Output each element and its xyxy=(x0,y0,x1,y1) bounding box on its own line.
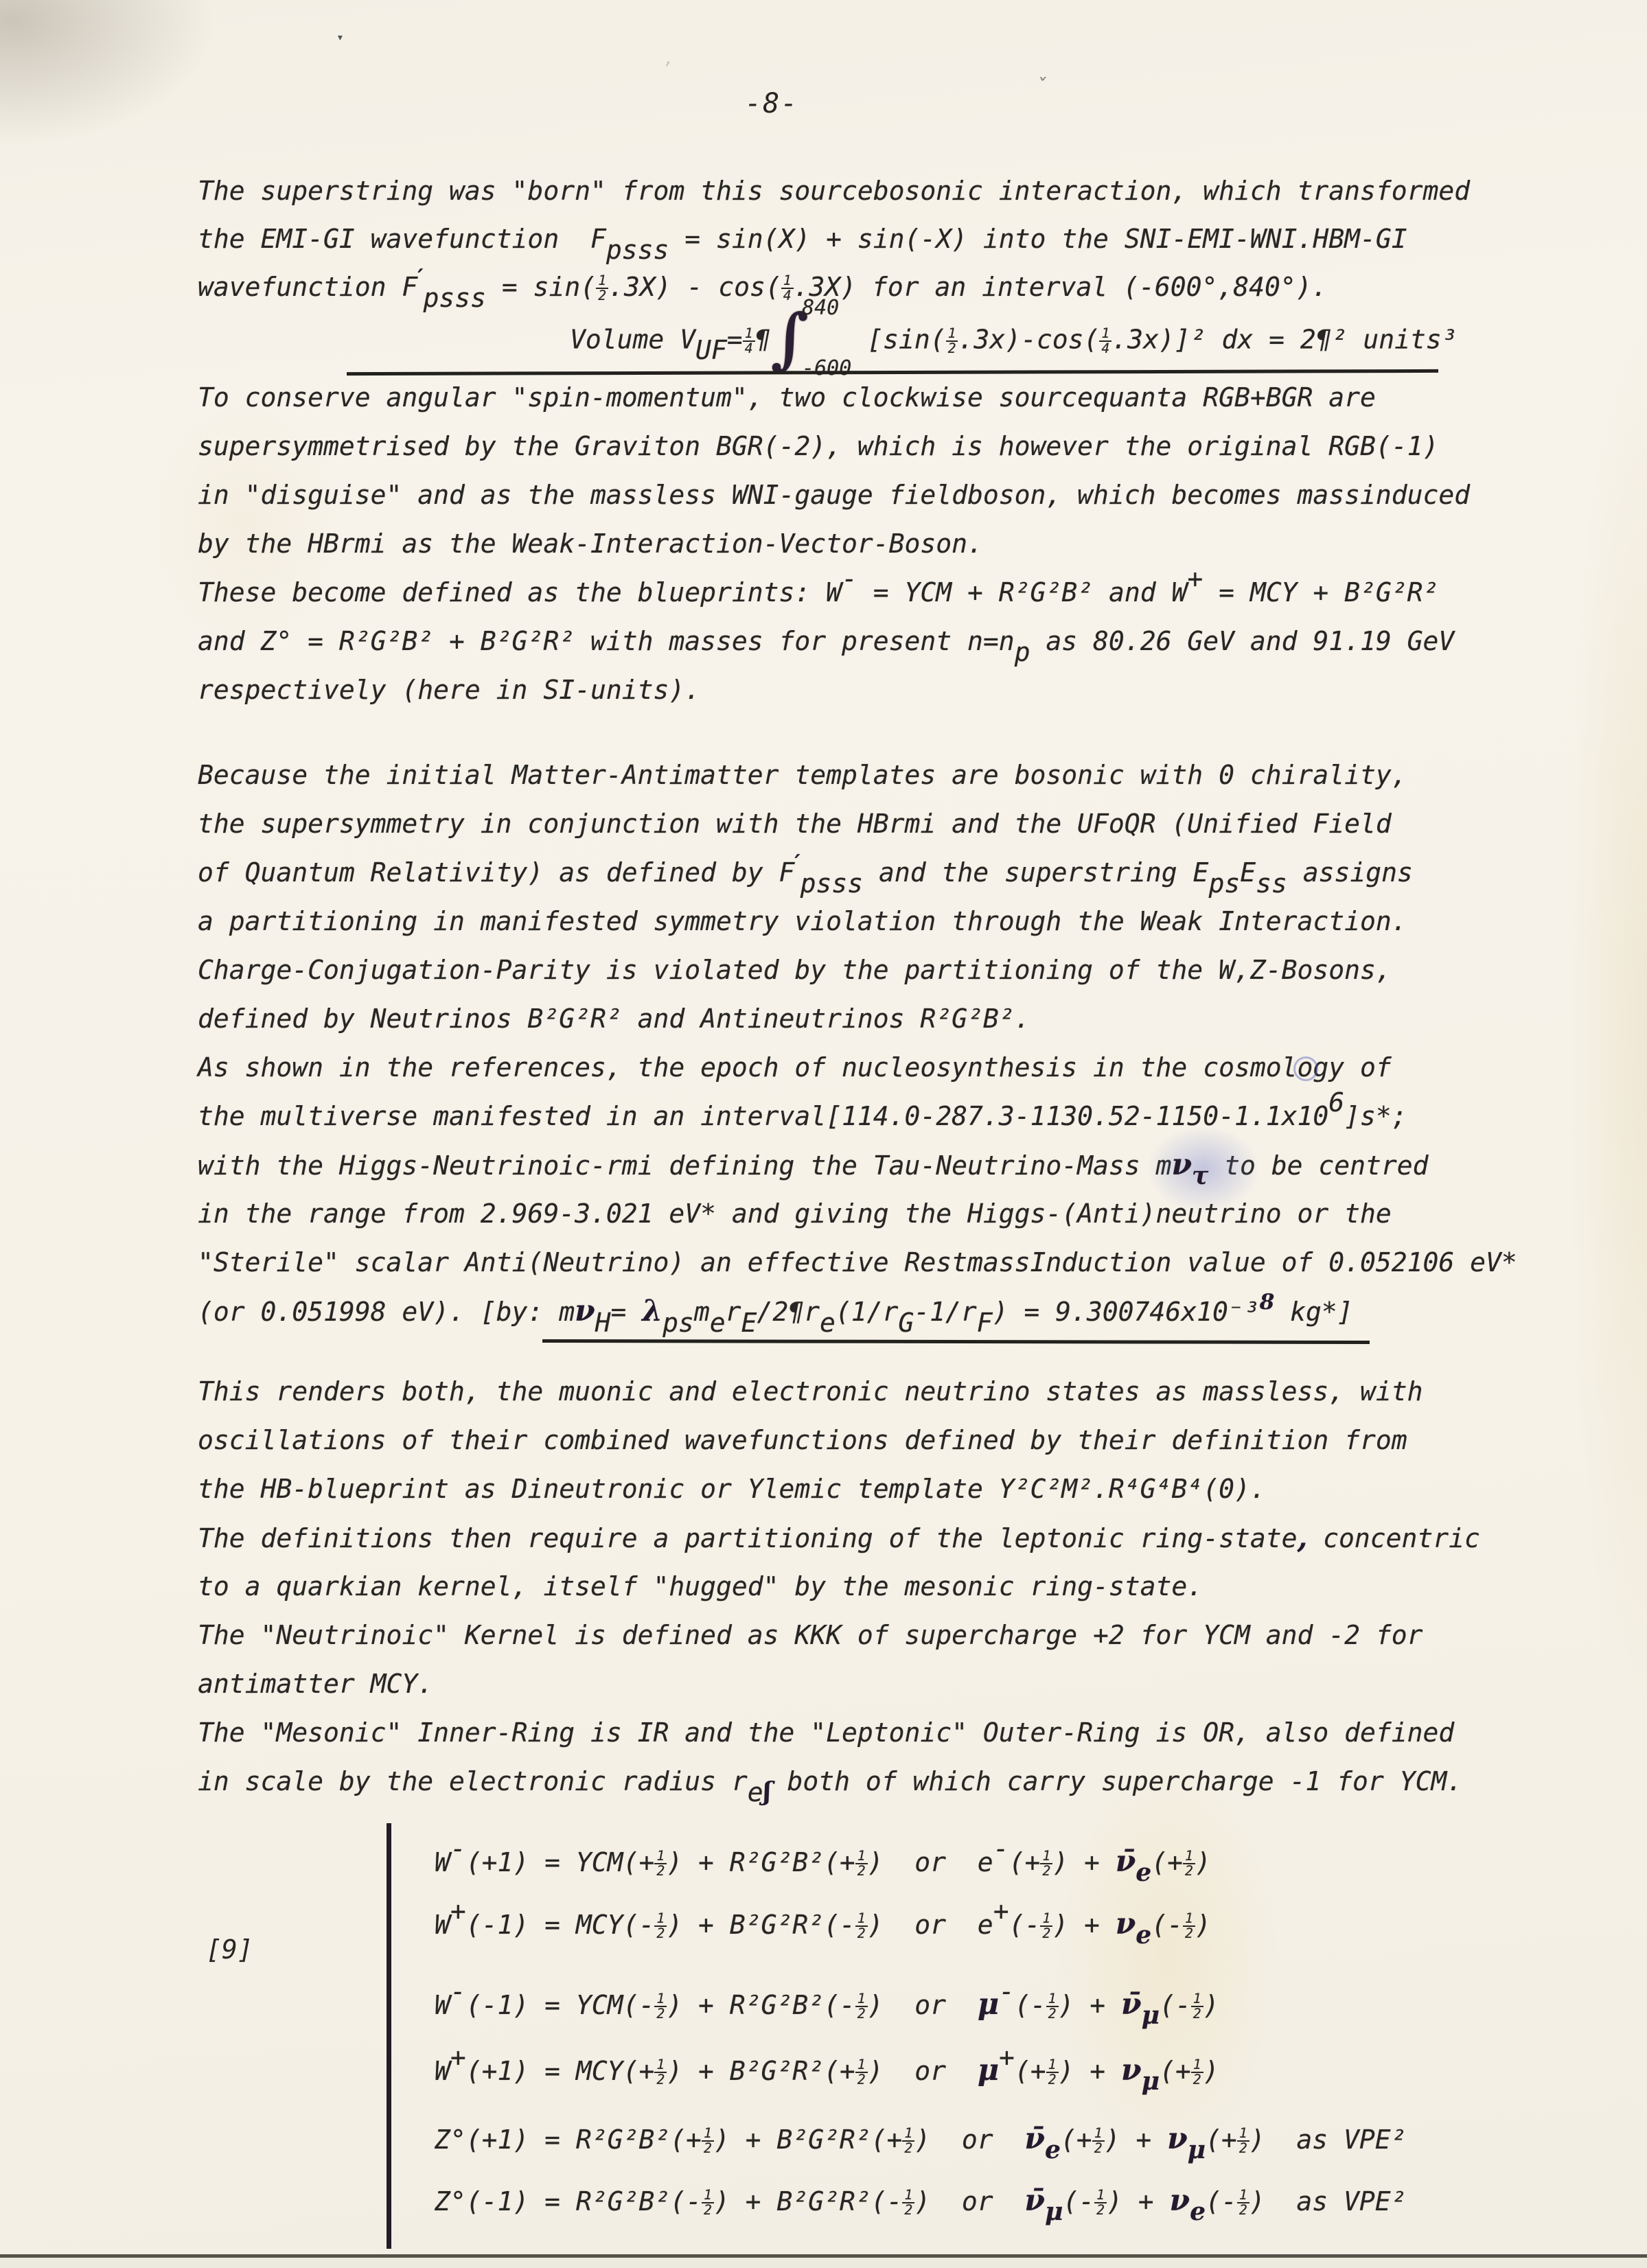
text-segment: to a quarkian kernel, itself "hugged" by… xyxy=(198,1571,1203,1601)
text-segment: ) + B²G²R²(+ xyxy=(714,2125,903,2155)
text-line: (or 0.051998 eV). [by: mνH= λpsmerE/2¶re… xyxy=(198,1287,1517,1336)
pen-check-mark: ▾ xyxy=(336,32,344,44)
text-segment: W xyxy=(435,1847,450,1877)
text-segment: (+ xyxy=(1009,1847,1041,1877)
text-segment: m xyxy=(694,1297,710,1327)
handwritten-annotation: ν xyxy=(1171,1148,1192,1182)
fraction: 12 xyxy=(1191,1992,1203,2021)
text-segment: r xyxy=(726,1297,741,1327)
fraction: 12 xyxy=(855,1912,868,1941)
text-line: by the HBrmi as the Weak-Interaction-Vec… xyxy=(198,520,1470,568)
para-spin-momentum: To conserve angular "spin-momentum", two… xyxy=(198,373,1470,715)
text-segment: (- xyxy=(1063,2186,1094,2217)
text-line: in scale by the electronic radius reʃ bo… xyxy=(198,1757,1480,1806)
text-segment: ) xyxy=(1203,2056,1219,2086)
text-segment: (+1) = YCM(+ xyxy=(466,1847,655,1877)
fraction: 12 xyxy=(1094,2188,1107,2217)
text-segment: - xyxy=(993,1833,1009,1864)
text-segment: (+ xyxy=(1206,2125,1237,2155)
text-segment: ) or xyxy=(868,1990,978,2020)
handwritten-annotation: ′ xyxy=(417,265,423,290)
text-line: As shown in the references, the epoch of… xyxy=(198,1043,1517,1092)
text-segment: (+ xyxy=(1160,2056,1191,2086)
text-segment: - xyxy=(450,1833,466,1864)
text-segment: As shown in the references, the epoch of… xyxy=(198,1052,1297,1083)
fraction: 12 xyxy=(1040,1849,1052,1878)
handwritten-annotation: μ xyxy=(1142,2066,1160,2096)
text-segment: ) xyxy=(1195,1910,1211,1940)
text-line: Because the initial Matter-Antimatter te… xyxy=(198,751,1517,800)
text-segment: ³ xyxy=(1442,325,1458,355)
text-segment: in scale by the electronic radius r xyxy=(198,1766,748,1796)
text-segment: (- xyxy=(1015,1990,1046,2020)
handwritten-annotation: ν̄ xyxy=(1024,2122,1045,2156)
text-segment: ² xyxy=(1391,2125,1407,2155)
text-segment: (- xyxy=(1151,1910,1183,1940)
handwritten-annotation: ʃ xyxy=(763,1777,772,1806)
text-segment: W xyxy=(435,1990,450,2020)
fraction: 12 xyxy=(596,274,608,303)
fraction: 12 xyxy=(654,1912,667,1941)
text-segment: = sin( xyxy=(486,272,596,302)
text-segment: antimatter MCY. xyxy=(198,1669,433,1699)
text-line: to a quarkian kernel, itself "hugged" by… xyxy=(198,1562,1480,1611)
fraction: 12 xyxy=(1191,2058,1203,2087)
text-segment: (or 0.051998 eV). [by: m xyxy=(198,1297,575,1327)
text-segment: of Quantum Relativity) as defined by F xyxy=(198,857,794,888)
text-segment: (+ xyxy=(1015,2056,1046,2086)
fraction: 12 xyxy=(1092,2127,1105,2155)
text-segment: .3x)-cos( xyxy=(958,325,1099,355)
text-segment: ) + xyxy=(1052,1847,1116,1877)
fraction: 12 xyxy=(654,1849,667,1878)
text-segment: [sin( xyxy=(851,325,945,355)
fraction: 12 xyxy=(855,1992,868,2021)
text-segment: + xyxy=(999,2042,1015,2072)
text-segment: ) or xyxy=(868,2056,978,2086)
equation-number-label: [9] xyxy=(206,1934,253,1965)
text-segment: ) as VPE xyxy=(1249,2125,1391,2155)
text-segment: UF xyxy=(695,335,727,365)
handwritten-annotation: e xyxy=(1136,1920,1151,1949)
equation-line: W-(-1) = YCM(-12) + R²G²B²(-12) or μ-(-1… xyxy=(435,1977,1219,2033)
text-segment: psss xyxy=(801,868,864,899)
text-line: "Sterile" scalar Anti(Neutrino) an effec… xyxy=(198,1238,1517,1287)
text-segment: ) + R²G²B²(- xyxy=(667,1990,855,2020)
text-segment: dx = 2¶ xyxy=(1206,325,1332,355)
text-segment: and Z° = R²G²B² + B²G²R² with masses for… xyxy=(198,626,1015,656)
text-segment: /2¶r xyxy=(757,1297,820,1327)
text-segment: W xyxy=(435,2056,450,2086)
scan-edge-strip xyxy=(0,2258,1647,2268)
text-segment: The "Mesonic" Inner-Ring is IR and the "… xyxy=(198,1717,1454,1748)
text-segment: "Sterile" scalar Anti(Neutrino) an effec… xyxy=(198,1247,1517,1277)
text-segment: ) + R²G²B²(+ xyxy=(667,1847,855,1877)
text-segment: The superstring was "born" from this sou… xyxy=(198,176,1470,206)
equation-bracket-rule xyxy=(387,1823,391,2249)
integral-sign: ∫840-600 xyxy=(770,298,851,379)
para-this-renders: This renders both, the muonic and electr… xyxy=(198,1367,1480,1806)
text-segment: ) + xyxy=(1052,1910,1116,1940)
text-line: supersymmetrised by the Graviton BGR(-2)… xyxy=(198,422,1470,471)
text-line: oscillations of their combined wavefunct… xyxy=(198,1416,1480,1465)
fraction: 12 xyxy=(654,1992,667,2021)
text-segment: ps xyxy=(1208,868,1240,899)
text-segment: 6 xyxy=(1328,1087,1344,1118)
fraction: 14 xyxy=(743,327,755,356)
text-line: The "Mesonic" Inner-Ring is IR and the "… xyxy=(198,1709,1480,1757)
text-segment: p xyxy=(1015,637,1030,667)
text-line: and Z° = R²G²B² + B²G²R² with masses for… xyxy=(198,617,1470,666)
fraction: 12 xyxy=(946,327,958,356)
text-segment: e xyxy=(710,1308,726,1338)
text-segment: ) or xyxy=(914,2125,1024,2155)
text-segment: (- xyxy=(1009,1910,1041,1940)
text-line: Charge-Conjugation-Parity is violated by… xyxy=(198,946,1517,995)
text-line: The superstring was "born" from this sou… xyxy=(198,167,1470,215)
text-line: The "Neutrinoic" Kernel is defined as KK… xyxy=(198,1611,1480,1660)
text-segment: -1/r xyxy=(914,1297,977,1327)
text-segment: - xyxy=(999,1976,1015,2006)
text-segment: .3X) - cos( xyxy=(608,272,781,302)
text-segment: To conserve angular "spin-momentum", two… xyxy=(198,382,1376,413)
handwritten-annotation: 8 xyxy=(1260,1290,1275,1315)
text-line: the EMI-GI wavefunction Fpsss = sin(X) +… xyxy=(198,215,1470,263)
handwritten-annotation: ν xyxy=(1116,1907,1136,1941)
text-segment: + xyxy=(1187,564,1203,594)
text-segment: .3x)] xyxy=(1112,325,1190,355)
text-segment: e xyxy=(748,1777,763,1807)
fraction: 12 xyxy=(855,1849,868,1878)
text-segment: oscillations of their combined wavefunct… xyxy=(198,1425,1407,1455)
text-line: of Quantum Relativity) as defined by F′p… xyxy=(198,848,1517,897)
text-segment: ) + xyxy=(1105,2125,1168,2155)
text-segment: The "Neutrinoic" Kernel is defined as KK… xyxy=(198,1620,1423,1650)
fraction: 12 xyxy=(902,2127,914,2155)
text-segment: (1/r xyxy=(836,1297,899,1327)
text-segment: = MCY + B²G²R² xyxy=(1203,577,1438,607)
text-segment: Because the initial Matter-Antimatter te… xyxy=(198,760,1407,790)
text-segment: = sin(X) + sin(-X) into the SNI-EMI-WNI.… xyxy=(669,224,1407,254)
handwritten-annotation: ν xyxy=(575,1294,595,1328)
text-line: in the range from 2.969-3.021 eV* and gi… xyxy=(198,1190,1517,1238)
text-segment: ) = 9.300746x10⁻³ xyxy=(993,1297,1260,1327)
text-segment: the HB-blueprint as Dineutronic or Ylemi… xyxy=(198,1474,1266,1504)
text-line: in "disguise" and as the massless WNI-ga… xyxy=(198,471,1470,520)
text-segment: = xyxy=(727,325,743,355)
text-segment: W xyxy=(435,1910,450,1940)
fraction: 12 xyxy=(1046,2058,1059,2087)
faint-speck: ʼ xyxy=(663,60,672,77)
text-segment: a partitioning in manifested symmetry vi… xyxy=(198,906,1407,936)
text-segment: ) xyxy=(1203,1990,1219,2020)
text-segment: the EMI-GI wavefunction F xyxy=(198,224,606,254)
text-line: To conserve angular "spin-momentum", two… xyxy=(198,373,1470,422)
text-segment: ) or xyxy=(914,2186,1024,2217)
fraction: 12 xyxy=(1046,1992,1059,2021)
text-segment: kg*] xyxy=(1274,1297,1352,1327)
handwritten-annotation: μ xyxy=(978,2053,999,2087)
text-segment: ) + xyxy=(1059,2056,1122,2086)
text-line: These become defined as the blueprints: … xyxy=(198,568,1470,617)
text-segment: assigns xyxy=(1287,857,1413,888)
handwritten-annotation: ν̄ xyxy=(1116,1844,1136,1879)
handwritten-annotation: e xyxy=(1136,1858,1151,1887)
text-segment: F xyxy=(977,1308,993,1338)
equation-line: Z°(+1) = R²G²B²(+12) + B²G²R²(+12) or ν̄… xyxy=(435,2111,1407,2168)
text-segment: ) or e xyxy=(868,1910,993,1940)
text-segment: both of which carry supercharge -1 for Y… xyxy=(772,1766,1463,1796)
text-segment: concentric xyxy=(1307,1523,1480,1553)
pen-speck: ˇ xyxy=(1035,77,1048,97)
handwritten-annotation: , xyxy=(1297,1520,1307,1555)
text-segment: gy of xyxy=(1313,1052,1391,1083)
text-segment: ² xyxy=(1190,325,1206,355)
text-line: the HB-blueprint as Dineutronic or Ylemi… xyxy=(198,1465,1480,1514)
text-segment: ps xyxy=(663,1308,694,1338)
text-segment: e xyxy=(820,1308,836,1338)
text-line: with the Higgs-Neutrinoic-rmi defining t… xyxy=(198,1141,1517,1190)
text-segment: ) xyxy=(1195,1847,1211,1877)
text-segment: psss xyxy=(424,283,487,313)
fraction: 12 xyxy=(902,2188,914,2217)
text-line: The definitions then require a partition… xyxy=(198,1514,1480,1562)
text-line: Volume VUF=14¶∫840-600 [sin(12.3x)-cos(1… xyxy=(570,301,1458,369)
text-segment: ) or e xyxy=(868,1847,993,1877)
handwritten-annotation: μ xyxy=(978,1987,999,2022)
fraction: 12 xyxy=(1040,1912,1052,1941)
text-line: a partitioning in manifested symmetry vi… xyxy=(198,897,1517,946)
text-segment: (+1) = MCY(+ xyxy=(466,2056,655,2086)
text-line: the supersymmetry in conjunction with th… xyxy=(198,800,1517,848)
text-segment: This renders both, the muonic and electr… xyxy=(198,1376,1423,1407)
text-segment: (+ xyxy=(1151,1847,1183,1877)
text-segment: respectively (here in SI-units). xyxy=(198,675,700,705)
para-superstring: The superstring was "born" from this sou… xyxy=(198,167,1470,311)
handwritten-annotation: ′ xyxy=(794,850,800,875)
text-segment: Z°(+1) = R²G²B²(+ xyxy=(435,2125,702,2155)
equation-line: W-(+1) = YCM(+12) + R²G²B²(+12) or e-(+1… xyxy=(435,1834,1211,1890)
text-segment: = YCM + R²G²B² and W xyxy=(857,577,1187,607)
fraction: 12 xyxy=(702,2188,714,2217)
text-segment: ² xyxy=(1332,325,1348,355)
text-segment: psss xyxy=(606,235,669,265)
equation-line: Z°(-1) = R²G²B²(-12) + B²G²R²(-12) or ν̄… xyxy=(435,2173,1407,2230)
text-segment: = xyxy=(611,1297,643,1327)
text-segment: E xyxy=(741,1308,757,1338)
text-segment: (- xyxy=(1206,2186,1237,2217)
handwritten-annotation: ν xyxy=(1121,2053,1142,2087)
handwritten-annotation: μ xyxy=(1045,2197,1063,2226)
handwritten-annotation: e xyxy=(1190,2197,1206,2226)
text-segment: Volume V xyxy=(570,325,695,355)
text-segment: wavefunction F xyxy=(198,272,417,302)
text-segment: ss xyxy=(1256,868,1287,899)
equation-line: W+(+1) = MCY(+12) + B²G²R²(+12) or μ+(+1… xyxy=(435,2043,1219,2099)
text-segment: ¶ xyxy=(755,325,771,355)
text-segment: - xyxy=(842,564,857,594)
volume-formula: Volume VUF=14¶∫840-600 [sin(12.3x)-cos(1… xyxy=(570,301,1458,369)
text-segment: + xyxy=(450,1896,466,1926)
text-segment: by the HBrmi as the Weak-Interaction-Vec… xyxy=(198,529,983,559)
fraction: 14 xyxy=(1099,327,1112,356)
handwritten-annotation: e xyxy=(1045,2135,1061,2164)
fraction: 12 xyxy=(1237,2188,1249,2217)
text-segment: (+ xyxy=(1061,2125,1092,2155)
integral-limits: 840-600 xyxy=(802,298,851,379)
equation-line: W+(-1) = MCY(-12) + B²G²R²(-12) or e+(-1… xyxy=(435,1897,1211,1953)
text-segment: and the superstring E xyxy=(863,857,1208,888)
text-line: respectively (here in SI-units). xyxy=(198,666,1470,715)
fraction: 12 xyxy=(1183,1849,1195,1878)
text-segment: as 80.26 GeV and 91.19 GeV xyxy=(1030,626,1455,656)
fraction: 12 xyxy=(654,2058,667,2087)
document-page: -8- The superstring was "born" from this… xyxy=(0,0,1647,2268)
text-segment: E xyxy=(1240,857,1256,888)
text-line: This renders both, the muonic and electr… xyxy=(198,1367,1480,1416)
handwritten-annotation: ν xyxy=(1170,2184,1190,2218)
text-segment: ]s*; xyxy=(1344,1101,1407,1131)
text-segment: ) + xyxy=(1107,2186,1170,2217)
text-segment: H xyxy=(595,1308,611,1338)
text-segment: ) + B²G²R²(- xyxy=(667,1910,855,1940)
text-segment: (- xyxy=(1160,1990,1191,2020)
text-segment: ) as VPE xyxy=(1249,2186,1391,2217)
mass-formula-underline xyxy=(542,1339,1370,1344)
text-segment: supersymmetrised by the Graviton BGR(-2)… xyxy=(198,431,1438,461)
text-segment: (-1) = YCM(- xyxy=(466,1990,655,2020)
fraction: 12 xyxy=(1183,1912,1195,1941)
text-line: antimatter MCY. xyxy=(198,1660,1480,1709)
text-segment: These become defined as the blueprints: … xyxy=(198,577,842,607)
handwritten-annotation: μ xyxy=(1142,2000,1160,2030)
text-segment: + xyxy=(450,2042,466,2072)
handwritten-annotation: μ xyxy=(1188,2135,1206,2164)
handwritten-annotation: ν xyxy=(1167,2122,1188,2156)
text-segment: ) + xyxy=(1059,1990,1122,2020)
text-segment: .3X) for an interval (-600°,840°). xyxy=(794,272,1328,302)
handwritten-annotation: ν̄ xyxy=(1121,1987,1142,2022)
text-segment: defined by Neutrinos B²G²R² and Antineut… xyxy=(198,1004,1030,1034)
integral-upper-limit: 840 xyxy=(802,298,851,319)
para-because: Because the initial Matter-Antimatter te… xyxy=(198,751,1517,1336)
text-segment: units xyxy=(1347,325,1441,355)
text-segment: with the Higgs-Neutrinoic-rmi defining t… xyxy=(198,1150,1171,1181)
page-number: -8- xyxy=(745,88,798,119)
text-segment: in "disguise" and as the massless WNI-ga… xyxy=(198,480,1470,510)
text-segment: ) + B²G²R²(- xyxy=(714,2186,903,2217)
text-segment: Z°(-1) = R²G²B²(- xyxy=(435,2186,702,2217)
text-line: the multiverse manifested in an interval… xyxy=(198,1092,1517,1141)
text-segment: (-1) = MCY(- xyxy=(466,1910,655,1940)
fraction: 12 xyxy=(855,2058,868,2087)
text-segment: o xyxy=(1297,1052,1313,1083)
text-segment: - xyxy=(450,1976,466,2006)
text-segment: + xyxy=(993,1896,1009,1926)
text-segment: Charge-Conjugation-Parity is violated by… xyxy=(198,955,1392,985)
handwritten-annotation: τ xyxy=(1192,1161,1208,1190)
fraction: 12 xyxy=(1237,2127,1249,2155)
fraction: 12 xyxy=(702,2127,714,2155)
handwritten-annotation: λ xyxy=(642,1294,663,1328)
text-segment: ) + B²G²R²(+ xyxy=(667,2056,855,2086)
text-segment: The definitions then require a partition… xyxy=(198,1523,1297,1553)
text-segment: ² xyxy=(1391,2186,1407,2217)
handwritten-annotation: ν̄ xyxy=(1024,2184,1045,2218)
text-segment: G xyxy=(898,1308,914,1338)
text-segment: the supersymmetry in conjunction with th… xyxy=(198,809,1392,839)
text-line: defined by Neutrinos B²G²R² and Antineut… xyxy=(198,995,1517,1043)
